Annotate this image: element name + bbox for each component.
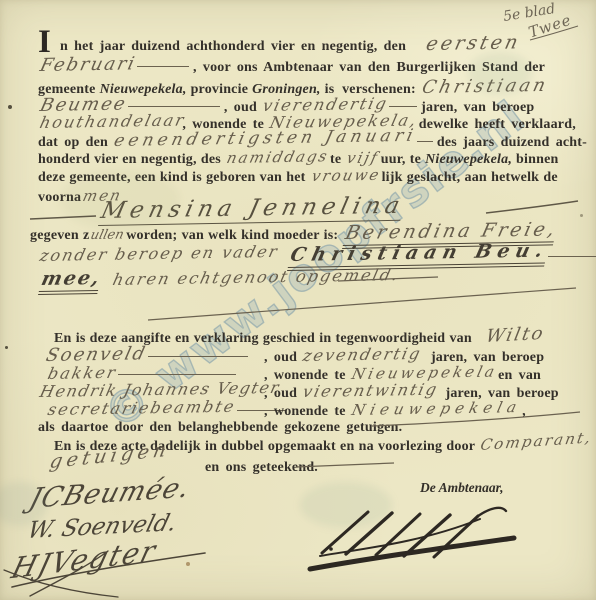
filler-line <box>389 106 417 107</box>
printed-text: , voor ons Ambtenaar van den Burgerlijke… <box>193 60 545 75</box>
printed-text: binnen <box>516 152 558 167</box>
handwritten-text: haren echtgenoot opgemeld. <box>111 265 402 289</box>
handwritten-father-name-continued: mee, <box>38 267 103 295</box>
line-witness1: Soenveld, oud zevendertig jaren, van ber… <box>38 345 583 366</box>
printed-text: als daartoe door den belanghebbende geko… <box>38 420 402 435</box>
printed-text: uur, te <box>381 152 421 167</box>
printed-text: n het jaar duizend achthonderd vier en n… <box>60 39 406 54</box>
official-title: De Ambtenaar, <box>420 480 504 496</box>
printed-text: gegeven z <box>30 228 89 243</box>
handwritten-witness2-profession: secretariebeambte <box>46 397 238 419</box>
handwritten-witness2-residence: Nieuwepekela <box>350 398 523 419</box>
speck <box>186 562 190 566</box>
handwritten-fill: ullen <box>89 227 125 243</box>
filler-line <box>128 106 220 107</box>
official-signature <box>310 508 514 569</box>
handwritten-witness1-age: zevendertig <box>301 344 424 365</box>
line-gender: deze gemeente, een kind is geboren van h… <box>38 167 583 186</box>
line-witness-closing: als daartoe door den belanghebbende geko… <box>38 418 583 436</box>
handwritten-hour: vijf <box>345 148 381 167</box>
printed-text: , oud <box>264 350 297 365</box>
line-birthtime: honderd vier en negentig, des namiddags … <box>38 149 583 168</box>
declarant-signature: JCBeumée. <box>26 472 195 515</box>
witness-column: secretariebeambte <box>38 400 264 420</box>
filler-line <box>137 66 189 67</box>
filler-line <box>417 141 433 142</box>
line-signed: en ons geteekend. <box>205 458 596 476</box>
printed-text: des jaars duizend acht- <box>437 135 587 150</box>
speck <box>8 105 12 109</box>
handwritten-text: zonder beroep en vader <box>38 242 281 265</box>
printed-text: , wonende te <box>264 404 346 419</box>
filler-line <box>148 356 248 357</box>
printed-text: en van <box>498 368 541 383</box>
handwritten-month: Februari <box>38 53 138 76</box>
handwritten-profession: houthandelaar <box>38 110 187 132</box>
handwritten-witness1-firstname: Wilto <box>484 323 547 347</box>
printed-text: deze gemeente, een kind is geboren van h… <box>38 170 306 185</box>
line-father-continued: mee, haren echtgenoot opgemeld. <box>38 268 583 295</box>
printed-text: lijk geslacht, aan hetwelk de <box>382 170 558 185</box>
birth-certificate-scan: © www.joopfrsie.nl 5e blad Twee I n het … <box>0 0 596 600</box>
speck <box>5 346 8 349</box>
handwritten-day: eersten <box>424 31 523 55</box>
stain <box>300 482 392 528</box>
filler-line <box>118 374 236 375</box>
printed-text: , <box>522 404 526 419</box>
printed-place: Nieuwepekela, <box>425 152 512 167</box>
handwritten-daypart: namiddags <box>225 147 331 167</box>
printed-text: dewelke heeft verklaard, <box>419 117 576 132</box>
filler-line <box>548 256 596 257</box>
handwritten-birthdate: eenendertigsten Januari <box>112 126 419 151</box>
printed-text: honderd vier en negentig, des <box>38 152 221 167</box>
printed-text: dat op den <box>38 135 108 150</box>
printed-text: worden; van welk kind moeder is: <box>126 228 338 243</box>
line-opening: n het jaar duizend achthonderd vier en n… <box>60 33 596 55</box>
line-witness2-residence: secretariebeambte, wonende te Nieuwepeke… <box>38 400 583 420</box>
printed-text: te <box>330 152 341 167</box>
handwritten-gender: vrouwe <box>310 166 383 185</box>
line-month: Februari, voor ons Ambtenaar van den Bur… <box>38 55 583 76</box>
printed-text: en ons geteekend. <box>205 460 318 475</box>
handwritten-witness2-age: vierentwintig <box>301 380 440 401</box>
